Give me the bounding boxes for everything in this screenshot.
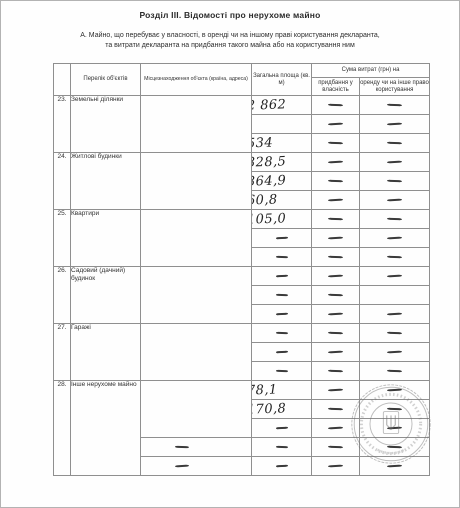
handwritten-dash [328, 198, 343, 201]
purchase-cost-cell [312, 419, 360, 438]
rent-cost-cell [360, 229, 430, 248]
handwritten-dash [328, 312, 343, 315]
handwritten-dash [275, 237, 287, 239]
location-cell [141, 457, 252, 476]
handwritten-value: 60,8 [252, 192, 278, 208]
rent-cost-cell [360, 96, 430, 115]
handwritten-value: 2 862 [252, 97, 287, 113]
handwritten-dash [328, 274, 343, 277]
handwritten-value: 534 [252, 136, 274, 152]
handwritten-dash [328, 256, 343, 258]
area-cell: 105,0 [252, 210, 312, 229]
document-page: Розділ III. Відомості про нерухоме майно… [0, 0, 460, 508]
handwritten-dash [275, 465, 287, 467]
location-cell [141, 153, 252, 210]
handwritten-dash [387, 388, 402, 391]
handwritten-dash [387, 218, 402, 220]
object-label: Садовий (дачний) будинок [71, 267, 141, 324]
purchase-cost-cell [312, 134, 360, 153]
purchase-cost-cell [312, 248, 360, 267]
table-body: 23.Земельні ділянки2 86253424.Житлові бу… [54, 96, 430, 476]
handwritten-dash [328, 350, 343, 353]
handwritten-dash [387, 236, 402, 239]
handwritten-dash [328, 370, 343, 372]
handwritten-value: 328,5 [252, 154, 287, 170]
col-header-number [54, 64, 71, 96]
rent-cost-cell [360, 286, 430, 305]
table-row: 27.Гаражі [54, 324, 430, 343]
handwritten-dash [275, 427, 287, 429]
handwritten-dash [275, 446, 287, 448]
object-label: Квартири [71, 210, 141, 267]
area-cell [252, 343, 312, 362]
handwritten-dash [328, 426, 343, 429]
location-cell [141, 96, 252, 153]
table-row: 26.Садовий (дачний) будинок [54, 267, 430, 286]
col-header-cost-purchase: придбання у власність [312, 78, 360, 96]
area-cell [252, 267, 312, 286]
area-cell: 2 862 [252, 96, 312, 115]
handwritten-dash [387, 104, 402, 106]
row-number: 27. [54, 324, 71, 381]
table-row: 28.Інше нерухоме майно78,1 [54, 381, 430, 400]
purchase-cost-cell [312, 457, 360, 476]
handwritten-dash [275, 275, 287, 277]
handwritten-dash [328, 408, 343, 410]
handwritten-dash [328, 104, 343, 106]
row-number: 25. [54, 210, 71, 267]
area-cell: 78,1 [252, 381, 312, 400]
area-cell [252, 115, 312, 134]
area-cell [252, 324, 312, 343]
row-number: 24. [54, 153, 71, 210]
row-number: 23. [54, 96, 71, 153]
handwritten-dash [387, 274, 402, 277]
area-cell [252, 438, 312, 457]
handwritten-dash [328, 446, 343, 448]
rent-cost-cell [360, 419, 430, 438]
row-number: 26. [54, 267, 71, 324]
col-header-objects: Перелік об'єктів [71, 64, 141, 96]
page-title: Розділ III. Відомості про нерухоме майно [1, 10, 459, 20]
table-row: 24.Житлові будинки328,5 [54, 153, 430, 172]
subtitle-line-2: та витрати декларанта на придбання таког… [105, 42, 355, 49]
handwritten-dash [328, 142, 343, 144]
col-header-area: Загальна площа (кв. м) [252, 64, 312, 96]
handwritten-dash [387, 198, 402, 201]
rent-cost-cell [360, 248, 430, 267]
handwritten-dash [387, 180, 402, 182]
handwritten-dash [175, 464, 189, 467]
handwritten-value: 105,0 [252, 211, 287, 227]
handwritten-dash [275, 332, 287, 334]
rent-cost-cell [360, 267, 430, 286]
handwritten-dash [328, 180, 343, 182]
subtitle-line-1: А. Майно, що перебуває у власності, в ор… [80, 32, 380, 39]
purchase-cost-cell [312, 324, 360, 343]
location-cell [141, 381, 252, 438]
handwritten-dash [275, 256, 287, 258]
table-row: 25.Квартири105,0 [54, 210, 430, 229]
area-cell [252, 229, 312, 248]
handwritten-dash [328, 218, 343, 220]
handwritten-dash [387, 464, 402, 467]
handwritten-dash [275, 370, 287, 372]
rent-cost-cell [360, 191, 430, 210]
handwritten-value: 170,8 [252, 401, 287, 417]
handwritten-value: 364,9 [252, 173, 287, 189]
handwritten-dash [387, 256, 402, 258]
rent-cost-cell [360, 153, 430, 172]
area-cell [252, 248, 312, 267]
rent-cost-cell [360, 305, 430, 324]
handwritten-dash [387, 350, 402, 353]
handwritten-dash [328, 294, 343, 296]
object-label: Житлові будинки [71, 153, 141, 210]
object-label: Земельні ділянки [71, 96, 141, 153]
section-subtitle: А. Майно, що перебуває у власності, в ор… [1, 31, 459, 50]
handwritten-dash [275, 351, 287, 353]
handwritten-dash [387, 446, 402, 448]
table-row: 23.Земельні ділянки2 862 [54, 96, 430, 115]
area-cell [252, 286, 312, 305]
handwritten-dash [328, 122, 343, 125]
handwritten-dash [275, 313, 287, 315]
rent-cost-cell [360, 457, 430, 476]
purchase-cost-cell [312, 191, 360, 210]
rent-cost-cell [360, 438, 430, 457]
rent-cost-cell [360, 400, 430, 419]
property-table: Перелік об'єктів Місцезнаходження об'єкт… [53, 63, 430, 476]
handwritten-dash [387, 426, 402, 429]
col-header-cost-rent: оренду чи на інше право користування [360, 78, 430, 96]
area-cell [252, 419, 312, 438]
rent-cost-cell [360, 210, 430, 229]
col-header-costs-group: Сума витрат (грн) на [312, 64, 430, 78]
header-row-1: Перелік об'єктів Місцезнаходження об'єкт… [54, 64, 430, 78]
rent-cost-cell [360, 362, 430, 381]
area-cell: 328,5 [252, 153, 312, 172]
handwritten-dash [387, 408, 402, 410]
location-cell [141, 267, 252, 324]
handwritten-dash [275, 294, 287, 296]
purchase-cost-cell [312, 153, 360, 172]
purchase-cost-cell [312, 400, 360, 419]
area-cell [252, 457, 312, 476]
rent-cost-cell [360, 381, 430, 400]
purchase-cost-cell [312, 96, 360, 115]
area-cell: 534 [252, 134, 312, 153]
area-cell: 170,8 [252, 400, 312, 419]
location-cell [141, 210, 252, 267]
handwritten-dash [387, 312, 402, 315]
rent-cost-cell [360, 115, 430, 134]
object-label: Інше нерухоме майно [71, 381, 141, 476]
area-cell [252, 305, 312, 324]
purchase-cost-cell [312, 438, 360, 457]
handwritten-value: 78,1 [252, 382, 278, 398]
handwritten-dash [328, 464, 343, 467]
purchase-cost-cell [312, 362, 360, 381]
purchase-cost-cell [312, 172, 360, 191]
purchase-cost-cell [312, 210, 360, 229]
purchase-cost-cell [312, 115, 360, 134]
area-cell [252, 362, 312, 381]
purchase-cost-cell [312, 381, 360, 400]
purchase-cost-cell [312, 305, 360, 324]
handwritten-dash [387, 160, 402, 163]
col-header-location: Місцезнаходження об'єкта (країна, адреса… [141, 64, 252, 96]
object-label: Гаражі [71, 324, 141, 381]
purchase-cost-cell [312, 343, 360, 362]
handwritten-dash [175, 446, 189, 448]
handwritten-dash [328, 160, 343, 163]
area-cell: 364,9 [252, 172, 312, 191]
handwritten-dash [328, 236, 343, 239]
handwritten-dash [387, 122, 402, 125]
area-cell: 60,8 [252, 191, 312, 210]
handwritten-dash [328, 332, 343, 334]
handwritten-dash [387, 332, 402, 334]
purchase-cost-cell [312, 286, 360, 305]
location-cell [141, 438, 252, 457]
handwritten-dash [387, 370, 402, 372]
purchase-cost-cell [312, 267, 360, 286]
location-cell [141, 324, 252, 381]
rent-cost-cell [360, 172, 430, 191]
rent-cost-cell [360, 324, 430, 343]
handwritten-dash [387, 142, 402, 144]
row-number: 28. [54, 381, 71, 476]
purchase-cost-cell [312, 229, 360, 248]
rent-cost-cell [360, 134, 430, 153]
rent-cost-cell [360, 343, 430, 362]
handwritten-dash [328, 388, 343, 391]
